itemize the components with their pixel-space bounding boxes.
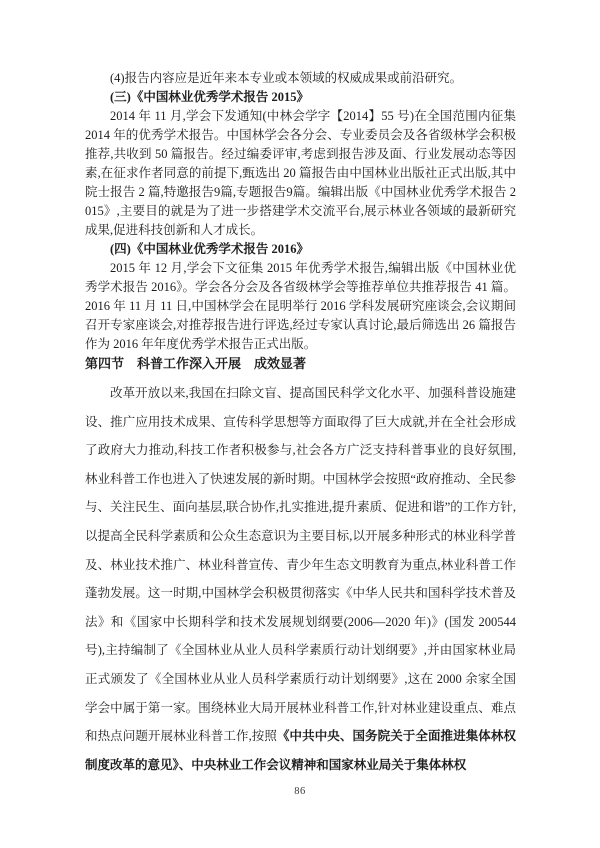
subheading-report-2016-segment: (四)《中国林业优秀学术报告 2016》 bbox=[110, 242, 309, 256]
paragraph-report-2016-segment: 2015 年 12 月,学会下文征集 2015 年优秀学术报告,编辑出版《中国林… bbox=[85, 261, 516, 351]
paragraph-report-2016: 2015 年 12 月,学会下文征集 2015 年优秀学术报告,编辑出版《中国林… bbox=[85, 259, 516, 354]
subheading-report-2015: (三)《中国林业优秀学术报告 2015》 bbox=[85, 88, 516, 107]
subheading-report-2015-segment: (三)《中国林业优秀学术报告 2015》 bbox=[110, 90, 309, 104]
paragraph-report-requirement-segment: (4)报告内容应是近年来本专业或本领域的权威成果或前沿研究。 bbox=[110, 71, 462, 85]
paragraph-report-requirement: (4)报告内容应是近年来本专业或本领域的权威成果或前沿研究。 bbox=[85, 69, 516, 88]
page-number: 86 bbox=[0, 786, 600, 797]
paragraph-science-popularization: 改革开放以来,我国在扫除文盲、提高国民科学文化水平、加强科普设施建设、推广应用技… bbox=[85, 379, 516, 779]
paragraph-report-2015: 2014 年 11 月,学会下发通知(中林会学字【2014】55 号)在全国范围… bbox=[85, 107, 516, 240]
section-heading-4-segment: 第四节 科普工作深入开展 成效显著 bbox=[85, 356, 306, 371]
subheading-report-2016: (四)《中国林业优秀学术报告 2016》 bbox=[85, 240, 516, 259]
section-heading-4: 第四节 科普工作深入开展 成效显著 bbox=[85, 354, 516, 373]
paragraph-report-2015-segment: 2014 年 11 月,学会下发通知(中林会学字【2014】55 号)在全国范围… bbox=[85, 109, 516, 237]
document-page: (4)报告内容应是近年来本专业或本领域的权威成果或前沿研究。(三)《中国林业优秀… bbox=[0, 0, 600, 848]
paragraph-science-popularization-segment: 改革开放以来,我国在扫除文盲、提高国民科学文化水平、加强科普设施建设、推广应用技… bbox=[85, 386, 516, 743]
page-content: (4)报告内容应是近年来本专业或本领域的权威成果或前沿研究。(三)《中国林业优秀… bbox=[85, 69, 516, 779]
